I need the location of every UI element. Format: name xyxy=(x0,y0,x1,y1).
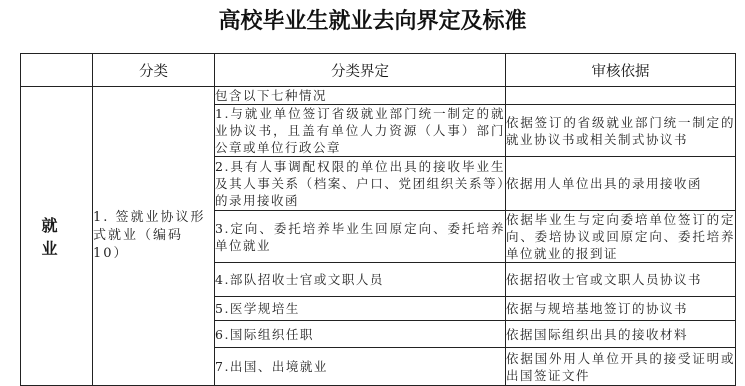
header-definition: 分类界定 xyxy=(215,54,506,87)
basis-cell: 依据用人单位出具的录用接收函 xyxy=(506,157,736,211)
basis-cell: 依据毕业生与定向委培单位签订的定向、委培协议或回原定向、委托培养单位就业的报到证 xyxy=(506,211,736,263)
definition-cell: 6.国际组织任职 xyxy=(215,321,506,348)
definition-cell: 2.具有人事调配权限的单位出具的接收毕业生及其人事关系（档案、户口、党团组织关系… xyxy=(215,157,506,211)
intro-basis-empty xyxy=(506,87,736,105)
definition-cell: 4.部队招收士官或文职人员 xyxy=(215,263,506,297)
document-title: 高校毕业生就业去向界定及标准 xyxy=(0,6,745,36)
definition-cell: 3.定向、委托培养毕业生回原定向、委托培养单位就业 xyxy=(215,211,506,263)
intro-text: 包含以下七种情况 xyxy=(215,87,506,105)
definition-cell: 1.与就业单位签订省级就业部门统一制定的就业协议书，且盖有单位人力资源（人事）部… xyxy=(215,105,506,157)
basis-cell: 依据招收士官或文职人员协议书 xyxy=(506,263,736,297)
basis-cell: 依据国际组织出具的接收材料 xyxy=(506,321,736,348)
sub-category-cell: 1. 签就业协议形式就业（编码 10） xyxy=(93,87,215,386)
employment-standards-table: 分类 分类界定 审核依据 就 业 1. 签就业协议形式就业（编码 10） 包含以… xyxy=(20,53,736,386)
header-basis: 审核依据 xyxy=(506,54,736,87)
intro-row: 就 业 1. 签就业协议形式就业（编码 10） 包含以下七种情况 xyxy=(21,87,736,105)
basis-cell: 依据与规培基地签订的协议书 xyxy=(506,297,736,321)
header-category: 分类 xyxy=(93,54,215,87)
definition-cell: 5.医学规培生 xyxy=(215,297,506,321)
basis-cell: 依据国外用人单位开具的接受证明或出国签证文件 xyxy=(506,348,736,386)
table-header-row: 分类 分类界定 审核依据 xyxy=(21,54,736,87)
definition-cell: 7.出国、出境就业 xyxy=(215,348,506,386)
basis-cell: 依据签订的省级就业部门统一制定的就业协议书或相关制式协议书 xyxy=(506,105,736,157)
major-category-cell: 就 业 xyxy=(21,87,93,386)
header-blank xyxy=(21,54,93,87)
